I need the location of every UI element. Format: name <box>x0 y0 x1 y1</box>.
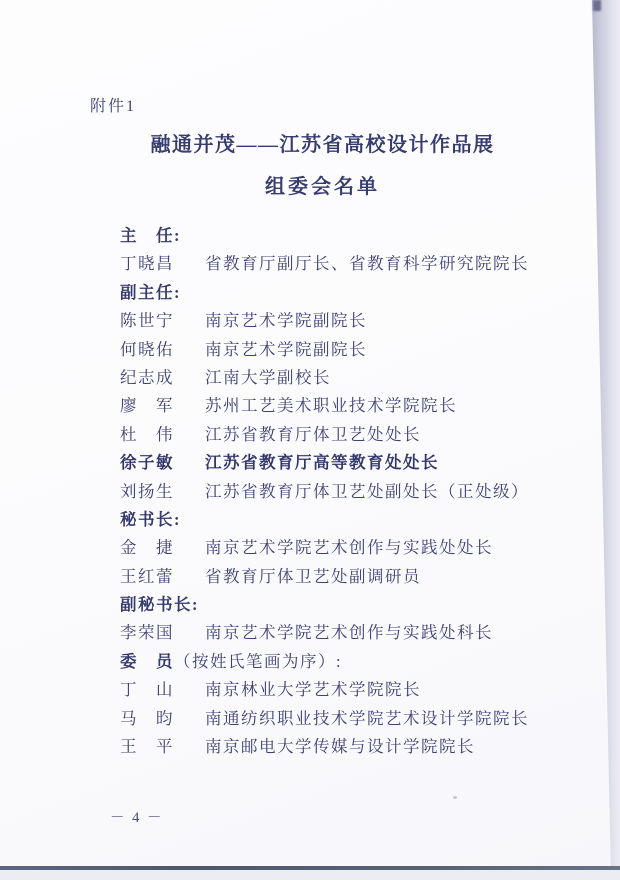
member-title: 南京艺术学院副院长 <box>205 340 367 359</box>
section-heading-label: 副秘书长: <box>120 595 199 614</box>
member-name: 金 捷 <box>120 534 205 562</box>
member-title: 省教育厅副厅长、省教育科学研究院院长 <box>205 254 529 273</box>
member-name: 李荣国 <box>120 619 205 647</box>
member-row: 王 平南京邮电大学传媒与设计学院院长 <box>120 733 580 761</box>
member-title: 省教育厅体卫艺处副调研员 <box>205 567 421 586</box>
member-name: 杜 伟 <box>120 421 205 449</box>
member-title: 江苏省教育厅高等教育处处长 <box>205 453 439 472</box>
member-row: 陈世宁南京艺术学院副院长 <box>120 307 580 335</box>
scan-speck <box>453 796 457 799</box>
member-row: 金 捷南京艺术学院艺术创作与实践处处长 <box>120 534 580 562</box>
member-title: 江苏省教育厅体卫艺处副处长（正处级） <box>205 482 529 501</box>
section-heading: 秘书长: <box>120 506 580 534</box>
member-title: 南京艺术学院副院长 <box>205 311 367 330</box>
member-name: 徐子敏 <box>120 449 205 477</box>
member-row: 马 昀南通纺织职业技术学院艺术设计学院院长 <box>120 705 580 733</box>
member-row: 李荣国南京艺术学院艺术创作与实践处科长 <box>120 619 580 647</box>
member-title: 南京邮电大学传媒与设计学院院长 <box>205 737 475 756</box>
member-name: 丁晓昌 <box>120 250 205 278</box>
section-heading: 主 任: <box>120 222 580 250</box>
member-name: 刘扬生 <box>120 478 205 506</box>
member-title: 南京艺术学院艺术创作与实践处科长 <box>205 623 493 642</box>
section-heading-label: 秘书长: <box>120 510 181 529</box>
document-subtitle: 组委会名单 <box>40 170 605 199</box>
document-title: 融通并茂——江苏省高校设计作品展 <box>40 128 605 157</box>
section-heading-label: 副主任: <box>120 283 181 302</box>
member-row: 王红蕾省教育厅体卫艺处副调研员 <box>120 563 580 591</box>
member-name: 廖 军 <box>120 392 205 420</box>
member-row: 丁 山南京林业大学艺术学院院长 <box>120 676 580 704</box>
member-title: 江苏省教育厅体卫艺处处长 <box>205 425 421 444</box>
member-name: 马 昀 <box>120 705 205 733</box>
scan-edge-right <box>592 0 620 880</box>
document-title-block: 融通并茂——江苏省高校设计作品展 组委会名单 <box>40 128 605 199</box>
member-row: 何晓佑南京艺术学院副院长 <box>120 336 580 364</box>
section-heading-note: （按姓氏笔画为序）: <box>174 652 342 671</box>
section-heading: 委 员（按姓氏笔画为序）: <box>120 648 580 676</box>
roster: 主 任:丁晓昌省教育厅副厅长、省教育科学研究院院长副主任:陈世宁南京艺术学院副院… <box>120 222 580 761</box>
member-row: 刘扬生江苏省教育厅体卫艺处副处长（正处级） <box>120 478 580 506</box>
section-heading: 副秘书长: <box>120 591 580 619</box>
scan-bottom-area <box>0 870 620 880</box>
member-name: 王 平 <box>120 733 205 761</box>
member-name: 纪志成 <box>120 364 205 392</box>
document-page: 附件1 融通并茂——江苏省高校设计作品展 组委会名单 主 任:丁晓昌省教育厅副厅… <box>0 0 620 880</box>
attachment-label: 附件1 <box>90 93 136 116</box>
member-name: 王红蕾 <box>120 563 205 591</box>
member-title: 苏州工艺美术职业技术学院院长 <box>205 396 457 415</box>
section-heading: 副主任: <box>120 279 580 307</box>
member-row: 杜 伟江苏省教育厅体卫艺处处长 <box>120 421 580 449</box>
member-name: 何晓佑 <box>120 336 205 364</box>
member-title: 江南大学副校长 <box>205 368 331 387</box>
member-title: 南京林业大学艺术学院院长 <box>205 680 421 699</box>
section-heading-label: 委 员 <box>120 652 174 671</box>
member-title: 南通纺织职业技术学院艺术设计学院院长 <box>205 709 529 728</box>
section-heading-label: 主 任: <box>120 226 181 245</box>
member-row: 纪志成江南大学副校长 <box>120 364 580 392</box>
page-number: － 4 － <box>110 806 164 827</box>
member-title: 南京艺术学院艺术创作与实践处处长 <box>205 538 493 557</box>
member-row: 廖 军苏州工艺美术职业技术学院院长 <box>120 392 580 420</box>
member-name: 陈世宁 <box>120 307 205 335</box>
member-row: 徐子敏江苏省教育厅高等教育处处长 <box>120 449 580 477</box>
member-row: 丁晓昌省教育厅副厅长、省教育科学研究院院长 <box>120 250 580 278</box>
scan-corner-mark <box>593 0 601 11</box>
member-name: 丁 山 <box>120 676 205 704</box>
